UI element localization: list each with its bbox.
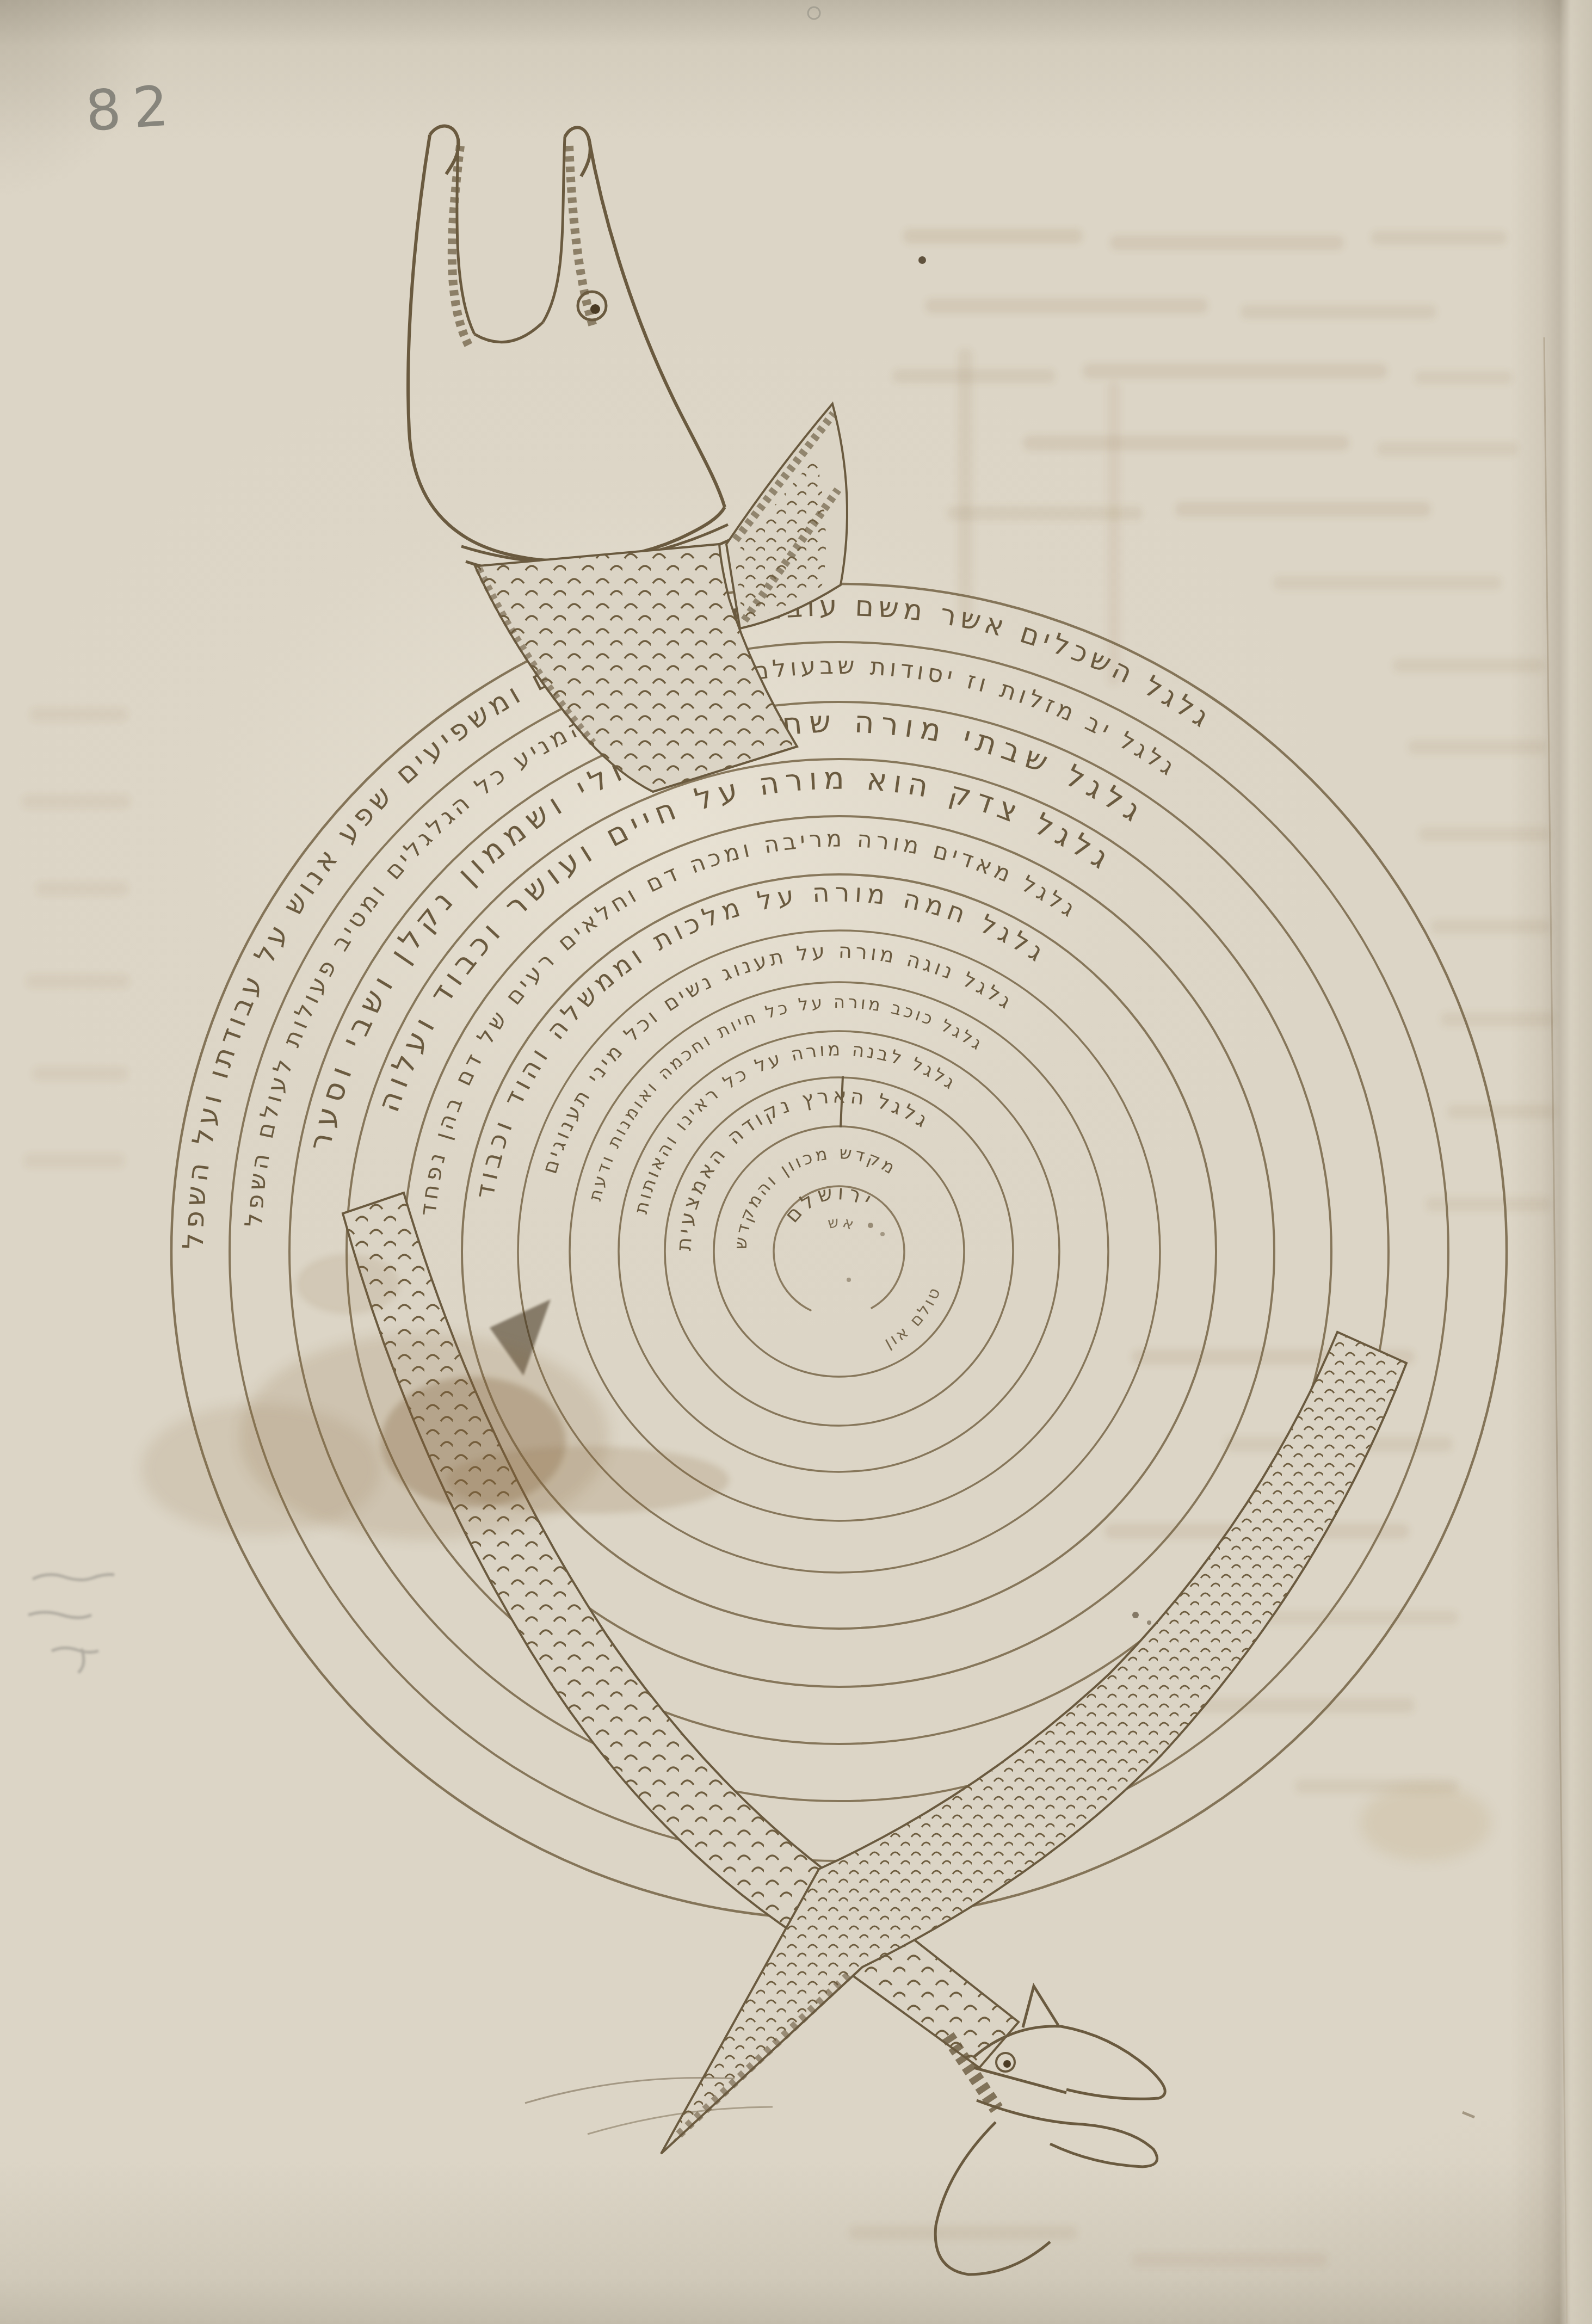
ink-fleck [1463,2112,1474,2117]
bleedthrough-mark [925,298,1208,313]
center-text-small-fragment: שא [826,1212,859,1234]
center-dot [868,1223,873,1228]
bleedthrough-mark [1431,920,1551,934]
margin-annotation [28,1575,114,1673]
bleedthrough-mark [1083,363,1387,379]
bleedthrough-mark [1110,235,1344,250]
top-head-outline-right [589,138,725,507]
margin-annotation-line [52,1648,98,1652]
bleedthrough-mark [1371,231,1507,245]
bleedthrough-mark [1415,371,1513,384]
manuscript-page: לפשה לעו ותדובע לע שונא עפש םיעיפשמו םיא… [0,0,1592,2324]
page-edge-line [1575,109,1588,2321]
page-edge [1544,109,1588,2323]
sphere-circle [714,1126,964,1377]
bleedthrough-mark [1377,442,1518,456]
svg-text:שא: שא [826,1212,859,1234]
svg-text:ןוא םלוט: ןוא םלוט [881,1283,945,1352]
bleedthrough-mark [1273,576,1502,590]
bleedthrough-mark [1426,1197,1551,1211]
bottom-head-pupil [1003,2060,1011,2068]
damp-streak [958,348,973,620]
top-head-pupil [590,304,600,314]
bleedthrough-mark [1023,435,1349,451]
ink-fleck [918,256,926,264]
center-dot [847,1278,851,1282]
bleedthrough-mark [849,2226,1077,2240]
dragon-right-tail-scales [661,1332,1406,2154]
ink-fleck [1132,1612,1139,1618]
bleedthrough-mark [22,794,131,809]
bottom-head-lower-jaw [977,2100,1157,2167]
bleedthrough-mark [36,881,128,896]
folio-number: 82 [83,73,182,144]
bleedthrough-mark [26,974,129,988]
center-text-lower-fragment: ןוא םלוט [881,1283,945,1352]
page-edge-crease [1544,337,1567,2323]
bleedthrough-mark [892,369,1056,383]
ink-fleck [1147,1620,1151,1625]
bleedthrough-mark [1132,2253,1328,2267]
sphere-circle [570,982,1108,1521]
top-head-outline-left [408,135,468,539]
bottom-head-forehead [974,2026,1165,2099]
center-dot [880,1232,885,1236]
bottom-head-ear [1023,1986,1058,2027]
damp-stain [141,1404,381,1534]
bleedthrough-mark [1175,502,1431,517]
bleedthrough-mark [903,229,1083,244]
bleedthrough-mark [30,707,128,722]
margin-annotation-line [33,1575,114,1580]
bleedthrough-mark [1441,1012,1555,1026]
bleedthrough-mark [1447,1105,1556,1119]
top-edge-mark [808,7,820,19]
damp-stain [446,1446,729,1514]
bleedthrough-mark [33,1067,128,1081]
bottom-head-chin-loop [935,2122,1050,2274]
sphere-circle [665,1077,1013,1426]
dragon-top-head [408,126,732,586]
damp-stain [297,1254,400,1314]
bleedthrough-mark [1241,305,1436,319]
bleedthrough-mark [1408,740,1547,754]
bleedthrough-mark [1251,1611,1458,1625]
jaw-rope-hatching [569,146,593,326]
top-head-inner-jaw-right [543,137,565,322]
bleedthrough-mark [24,1154,125,1168]
bleedthrough-mark [1393,658,1545,673]
damp-stain [1360,1785,1491,1861]
bleedthrough-mark [1419,827,1550,841]
margin-annotation-line [28,1612,91,1618]
top-head-mouth-floor [474,322,543,342]
cosmological-diagram: לפשה לעו ותדובע לע שונא עפש םיעיפשמו םיא… [0,0,1592,2324]
